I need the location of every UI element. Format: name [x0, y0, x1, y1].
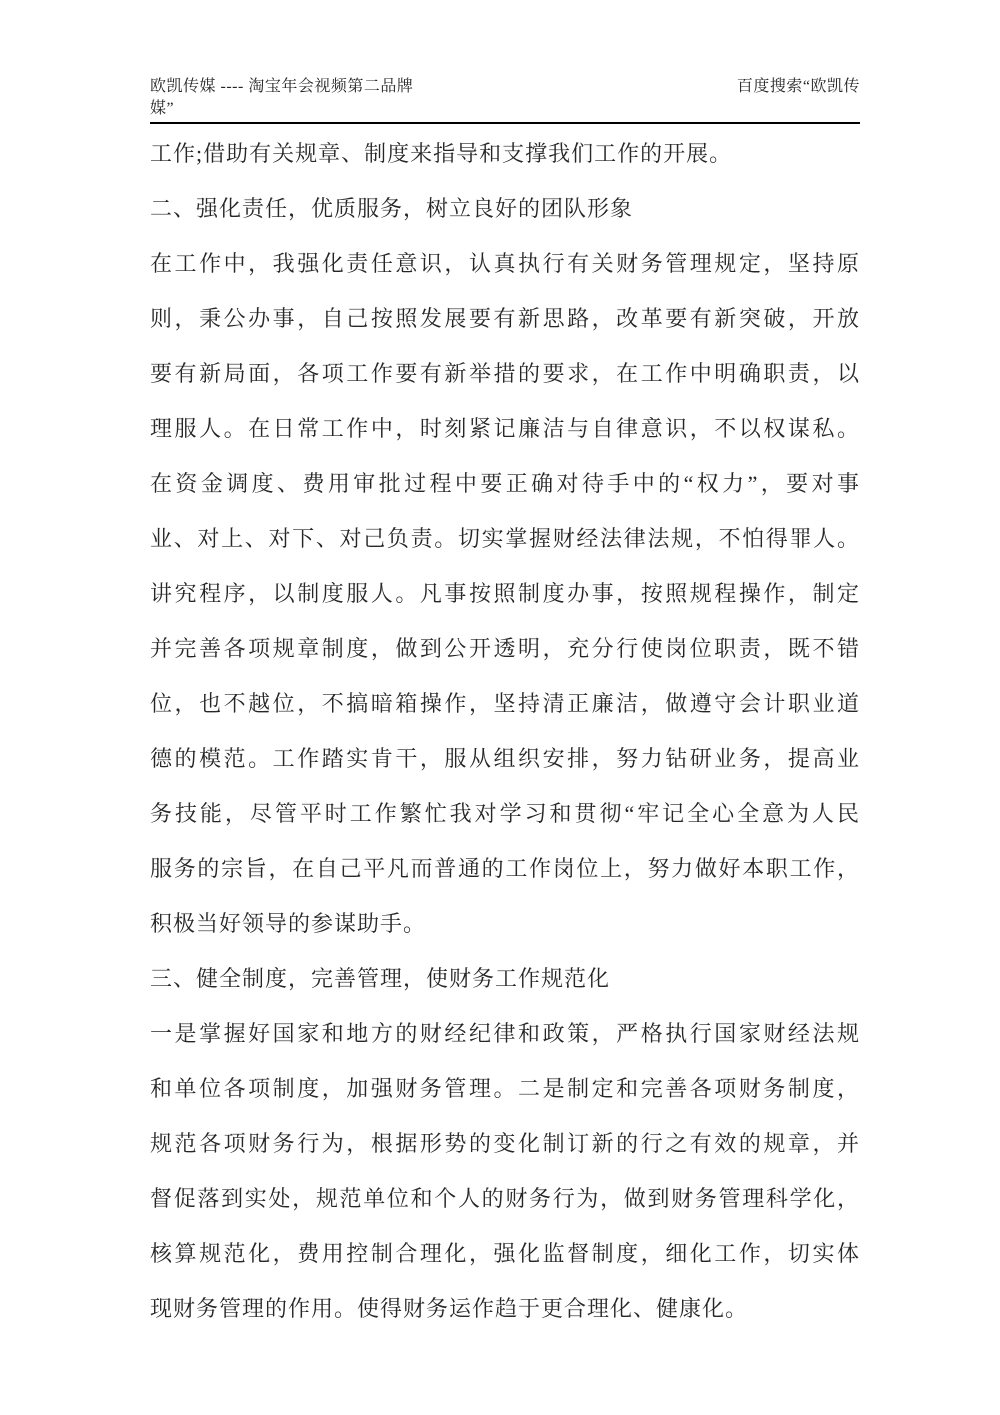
text-line: 则，秉公办事，自己按照发展要有新思路，改革要有新突破，开放 [150, 291, 860, 346]
text-line: 位，也不越位，不搞暗箱操作，坚持清正廉洁，做遵守会计职业道 [150, 676, 860, 731]
text-line: 积极当好领导的参谋助手。 [150, 896, 860, 951]
text-line: 核算规范化，费用控制合理化，强化监督制度，细化工作，切实体 [150, 1226, 860, 1281]
text-line: 理服人。在日常工作中，时刻紧记廉洁与自律意识，不以权谋私。 [150, 401, 860, 456]
text-line: 德的模范。工作踏实肯干，服从组织安排，努力钻研业务，提高业 [150, 731, 860, 786]
text-line: 并完善各项规章制度，做到公开透明，充分行使岗位职责，既不错 [150, 621, 860, 676]
text-line: 三、健全制度，完善管理，使财务工作规范化 [150, 951, 860, 1006]
header-divider [150, 122, 860, 124]
text-line: 业、对上、对下、对己负责。切实掌握财经法律法规，不怕得罪人。 [150, 511, 860, 566]
text-line: 讲究程序，以制度服人。凡事按照制度办事，按照规程操作，制定 [150, 566, 860, 621]
text-line: 一是掌握好国家和地方的财经纪律和政策，严格执行国家财经法规 [150, 1006, 860, 1061]
header-search-hint: 百度搜索“欧凯传 [737, 76, 860, 98]
document-page: 欧凯传媒 ---- 淘宝年会视频第二品牌 百度搜索“欧凯传 媒” 工作;借助有关… [0, 0, 1000, 1415]
text-line: 工作;借助有关规章、制度来指导和支撑我们工作的开展。 [150, 126, 860, 181]
text-line: 在工作中，我强化责任意识，认真执行有关财务管理规定，坚持原 [150, 236, 860, 291]
text-line: 服务的宗旨，在自己平凡而普通的工作岗位上，努力做好本职工作， [150, 841, 860, 896]
paragraph: 在工作中，我强化责任意识，认真执行有关财务管理规定，坚持原则，秉公办事，自己按照… [150, 236, 860, 951]
header-top-line: 欧凯传媒 ---- 淘宝年会视频第二品牌 百度搜索“欧凯传 [150, 76, 860, 98]
text-line: 规范各项财务行为，根据形势的变化制订新的行之有效的规章，并 [150, 1116, 860, 1171]
paragraph: 二、强化责任，优质服务，树立良好的团队形象 [150, 181, 860, 236]
header-brand-text: 欧凯传媒 ---- 淘宝年会视频第二品牌 [150, 76, 413, 98]
paragraph: 三、健全制度，完善管理，使财务工作规范化 [150, 951, 860, 1006]
text-line: 务技能，尽管平时工作繁忙我对学习和贯彻“牢记全心全意为人民 [150, 786, 860, 841]
text-line: 和单位各项制度，加强财务管理。二是制定和完善各项财务制度， [150, 1061, 860, 1116]
text-line: 现财务管理的作用。使得财务运作趋于更合理化、健康化。 [150, 1281, 860, 1336]
text-line: 要有新局面，各项工作要有新举措的要求，在工作中明确职责，以 [150, 346, 860, 401]
paragraph: 一是掌握好国家和地方的财经纪律和政策，严格执行国家财经法规和单位各项制度，加强财… [150, 1006, 860, 1336]
text-line: 在资金调度、费用审批过程中要正确对待手中的“权力”，要对事 [150, 456, 860, 511]
paragraph: 工作;借助有关规章、制度来指导和支撑我们工作的开展。 [150, 126, 860, 181]
page-header: 欧凯传媒 ---- 淘宝年会视频第二品牌 百度搜索“欧凯传 媒” [150, 76, 860, 124]
document-body: 工作;借助有关规章、制度来指导和支撑我们工作的开展。二、强化责任，优质服务，树立… [150, 126, 860, 1336]
text-line: 督促落到实处，规范单位和个人的财务行为，做到财务管理科学化， [150, 1171, 860, 1226]
text-line: 二、强化责任，优质服务，树立良好的团队形象 [150, 181, 860, 236]
header-search-hint-wrap: 媒” [150, 98, 860, 120]
